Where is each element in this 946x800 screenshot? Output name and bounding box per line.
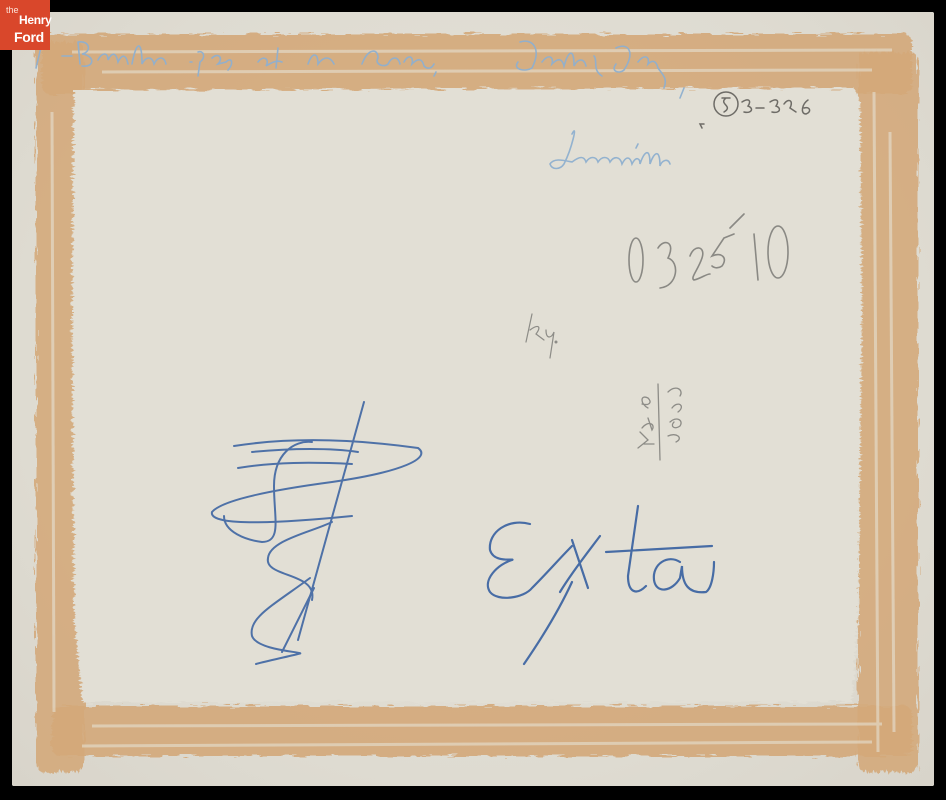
henry-ford-logo[interactable]: the Henry Ford (0, 0, 50, 50)
handwriting-layer (12, 12, 934, 786)
logo-henry: Henry (19, 14, 52, 26)
logo-the: the (6, 6, 19, 15)
logo-ford: Ford (14, 30, 44, 44)
photo-back-paper: — Bickham[?] spot at the Races, Derby Da… (12, 12, 934, 786)
